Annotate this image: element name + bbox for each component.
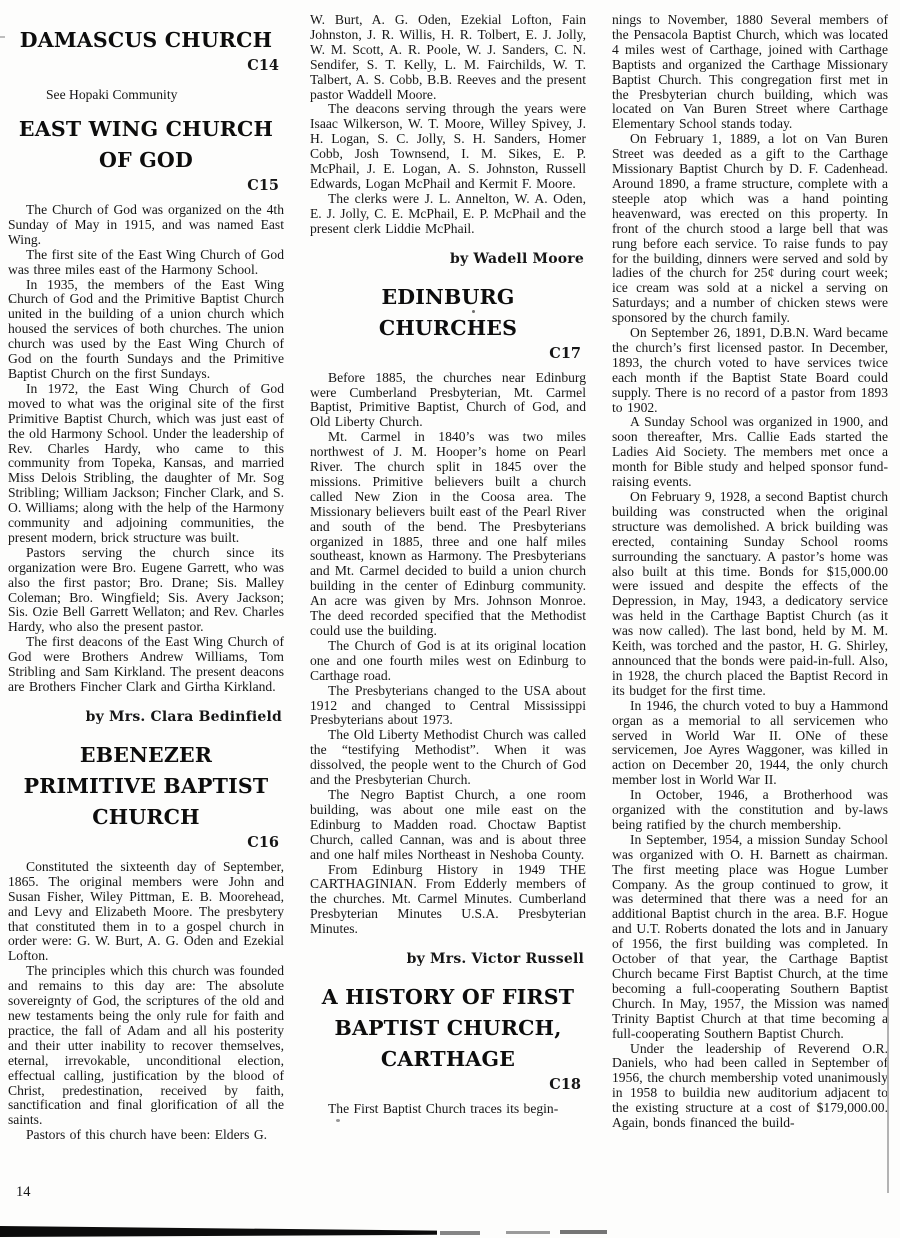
page-number: 14 xyxy=(16,1184,31,1201)
scan-artifact-dot xyxy=(9,300,12,303)
paragraph: The Negro Baptist Church, a one room bui… xyxy=(310,788,586,863)
section-heading: DAMASCUS CHURCH xyxy=(8,25,284,56)
section-heading: EDINBURG CHURCHES xyxy=(310,282,586,344)
paragraph: The First Baptist Church traces its begi… xyxy=(310,1102,586,1117)
byline: by Wadell Moore xyxy=(310,250,586,268)
text-columns: DAMASCUS CHURCHC14See Hopaki CommunityEA… xyxy=(8,0,888,1238)
paragraph: Mt. Carmel in 1840’s was two miles north… xyxy=(310,430,586,639)
paragraph: The first site of the East Wing Church o… xyxy=(8,248,284,278)
paragraph: In October, 1946, a Brotherhood was orga… xyxy=(612,788,888,833)
paragraph: Before 1885, the churches near Edinburg … xyxy=(310,371,586,431)
paragraph: The deacons serving through the years we… xyxy=(310,102,586,191)
scan-artifact-dot xyxy=(336,1119,340,1122)
paragraph: The clerks were J. L. Annelton, W. A. Od… xyxy=(310,192,586,237)
paragraph: The Presbyterians changed to the USA abo… xyxy=(310,684,586,729)
scanned-book-page: DAMASCUS CHURCHC14See Hopaki CommunityEA… xyxy=(0,0,900,1238)
section-reference-code: C15 xyxy=(8,176,284,195)
section-reference-code: C14 xyxy=(8,56,284,75)
paragraph: In 1935, the members of the East Wing Ch… xyxy=(8,278,284,382)
paragraph: Pastors of this church have been: Elders… xyxy=(8,1128,284,1143)
byline: by Mrs. Victor Russell xyxy=(310,950,586,968)
paragraph-continuation: nings to November, 1880 Several members … xyxy=(612,13,888,132)
section-reference-code: C17 xyxy=(310,344,586,363)
paragraph: Constituted the sixteenth day of Septemb… xyxy=(8,860,284,964)
section-reference-code: C16 xyxy=(8,833,284,852)
paragraph: In 1946, the church voted to buy a Hammo… xyxy=(612,699,888,788)
scan-artifact-dash xyxy=(506,1231,550,1234)
paragraph: On February 1, 1889, a lot on Van Buren … xyxy=(612,132,888,326)
section-heading: EAST WING CHURCH OF GOD xyxy=(8,114,284,176)
section-heading: EBENEZER PRIMITIVE BAPTIST CHURCH xyxy=(8,740,284,833)
paragraph-continuation: W. Burt, A. G. Oden, Ezekial Lofton, Fai… xyxy=(310,13,586,102)
paragraph: The Church of God was organized on the 4… xyxy=(8,203,284,248)
paragraph: The Church of God is at its original loc… xyxy=(310,639,586,684)
paragraph: In 1972, the East Wing Church of God mov… xyxy=(8,382,284,546)
paragraph: From Edinburg History in 1949 THE CARTHA… xyxy=(310,863,586,938)
scan-artifact-dash xyxy=(440,1231,480,1235)
scan-artifact-dash xyxy=(560,1230,607,1234)
paragraph: In September, 1954, a mission Sunday Sch… xyxy=(612,833,888,1042)
paragraph: Under the leadership of Reverend O.R. Da… xyxy=(612,1042,888,1131)
column-center: W. Burt, A. G. Oden, Ezekial Lofton, Fai… xyxy=(310,0,586,1238)
paragraph: The first deacons of the East Wing Churc… xyxy=(8,635,284,695)
paragraph: The Old Liberty Methodist Church was cal… xyxy=(310,728,586,788)
scan-artifact-dot xyxy=(472,310,475,313)
section-heading: A HISTORY OF FIRST BAPTIST CHURCH, CARTH… xyxy=(310,982,586,1075)
paragraph: The principles which this church was fou… xyxy=(8,964,284,1128)
byline: by Mrs. Clara Bedinfield xyxy=(8,708,284,726)
scan-artifact-edge-line xyxy=(887,997,889,1193)
scan-artifact-edge-mark xyxy=(0,36,5,38)
column-right: nings to November, 1880 Several members … xyxy=(612,0,888,1238)
cross-reference-note: See Hopaki Community xyxy=(46,87,284,102)
paragraph: On February 9, 1928, a second Baptist ch… xyxy=(612,490,888,699)
paragraph: On September 26, 1891, D.B.N. Ward becam… xyxy=(612,326,888,415)
column-left: DAMASCUS CHURCHC14See Hopaki CommunityEA… xyxy=(8,0,284,1238)
section-reference-code: C18 xyxy=(310,1075,586,1094)
paragraph: Pastors serving the church since its org… xyxy=(8,546,284,635)
paragraph: A Sunday School was organized in 1900, a… xyxy=(612,415,888,490)
